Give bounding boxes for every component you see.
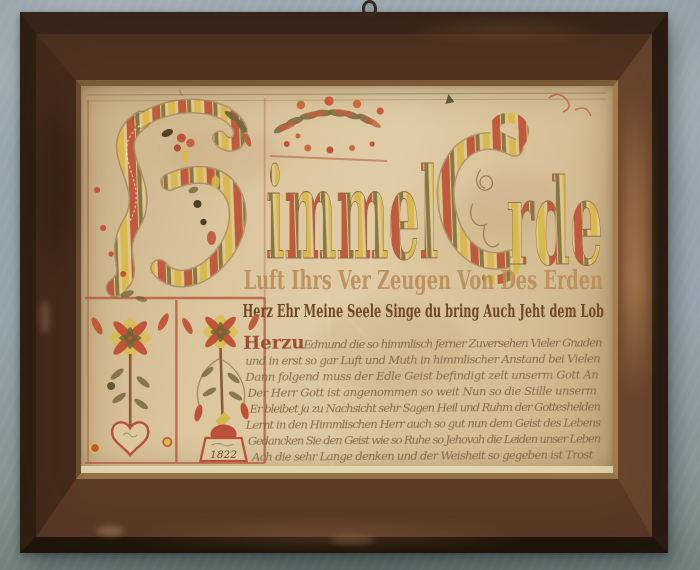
frame-inner-lip: H [76, 80, 618, 479]
date-1822: 1822 [210, 449, 237, 461]
script-line: Lernt in den Himmlischen Herr auch so gu… [245, 415, 602, 431]
script-paragraph: Herzu Edmund die so himmlisch ferner Zuv… [243, 330, 603, 463]
frame-bevel: H [36, 34, 652, 537]
script-line: Ach die sehr Lange denken und der Weishe… [251, 447, 594, 463]
script-line: Edmund die so himmlisch ferner Zuversehe… [302, 335, 602, 351]
paragraph-lead: Herzu [243, 332, 305, 353]
script-line: Er bleibet ja zu Nachsicht sehr Sagen He… [249, 399, 601, 415]
flower-panel-left [89, 312, 171, 455]
script-line: Der Herr Gott ist angenommen so weit Nun… [246, 383, 596, 399]
script-line: und in erst so gar Luft und Muth in himm… [245, 351, 600, 367]
wall-background: H [0, 0, 700, 570]
fraktur-artwork: H [81, 86, 613, 473]
script-line: Dann folgend muss der Edle Geist befindi… [244, 367, 598, 383]
script-line: Gedancken Sie den Geist wie so Ruhe so J… [248, 431, 601, 447]
paper-deckle-edge [81, 466, 613, 473]
top-ruled-lines [87, 90, 607, 101]
fraktur-document: H [81, 86, 613, 473]
subtitle-line: Luft Ihrs Ver Zeugen Von Des Erden [244, 266, 603, 296]
motto-line: Herz Ehr Meine Seele Singe du bring Auch… [243, 301, 604, 322]
initial-H-ribbon: H [115, 106, 240, 288]
hanging-ring-icon [362, 0, 377, 17]
picture-frame: H [20, 12, 668, 553]
